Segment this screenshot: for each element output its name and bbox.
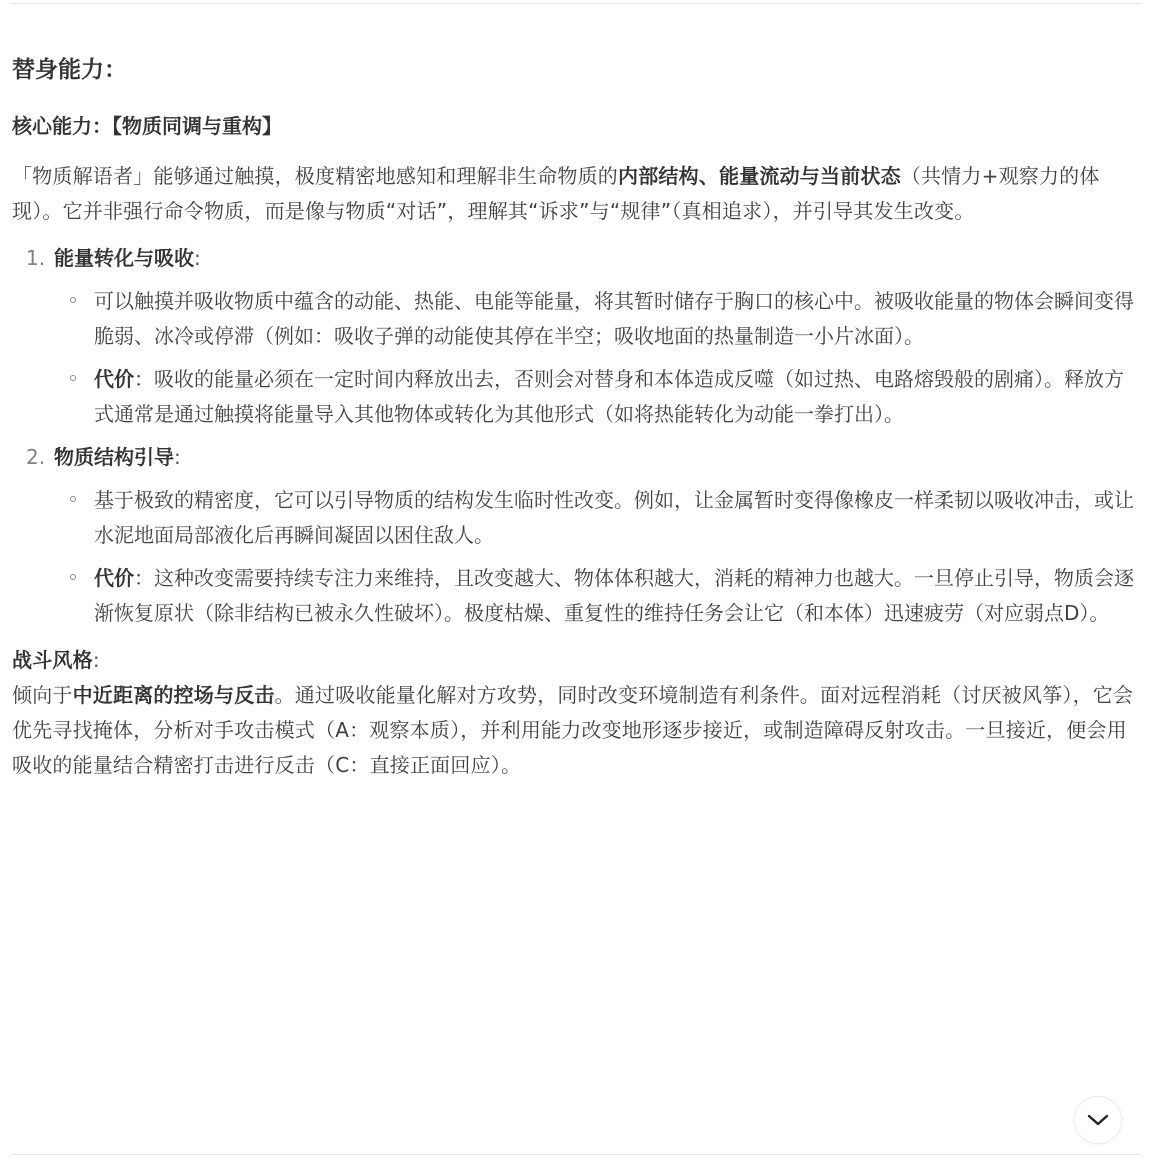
ability-points: 可以触摸并吸收物质中蕴含的动能、热能、电能等能量，将其暂时储存于胸口的核心中。被… xyxy=(54,284,1142,432)
circle-bullet-icon xyxy=(70,496,76,502)
ability-point: 可以触摸并吸收物质中蕴含的动能、热能、电能等能量，将其暂时储存于胸口的核心中。被… xyxy=(94,284,1142,354)
ability-cost-point: 代价：这种改变需要持续专注力来维持，且改变越大、物体体积越大，消耗的精神力也越大… xyxy=(94,561,1142,631)
intro-text-pre: 「物质解语者」能够通过触摸，极度精密地感知和理解非生命物质的 xyxy=(12,164,618,188)
ability-title: 能量转化与吸收: xyxy=(54,241,1142,276)
abilities-list: 1. 能量转化与吸收: 可以触摸并吸收物质中蕴含的动能、热能、电能等能量，将其暂… xyxy=(12,241,1142,631)
scroll-to-bottom-button[interactable] xyxy=(1074,1096,1122,1144)
bottom-divider xyxy=(12,1154,1140,1155)
message-content: 替身能力： 核心能力：【物质同调与重构】 「物质解语者」能够通过触摸，极度精密地… xyxy=(12,52,1142,783)
section-title: 替身能力： xyxy=(12,52,1142,89)
combat-style-body: 倾向于中近距离的控场与反击。通过吸收能量化解对方攻势，同时改变环境制造有利条件。… xyxy=(12,678,1142,783)
ability-point: 基于极致的精密度，它可以引导物质的结构发生临时性改变。例如，让金属暂时变得像橡皮… xyxy=(94,483,1142,553)
point-text: 可以触摸并吸收物质中蕴含的动能、热能、电能等能量，将其暂时储存于胸口的核心中。被… xyxy=(94,289,1134,348)
cost-label: 代价 xyxy=(94,566,134,590)
point-text: 基于极致的精密度，它可以引导物质的结构发生临时性改变。例如，让金属暂时变得像橡皮… xyxy=(94,488,1134,547)
ability-item-structure: 2. 物质结构引导: 基于极致的精密度，它可以引导物质的结构发生临时性改变。例如… xyxy=(12,440,1142,631)
combat-style-heading: 战斗风格: xyxy=(12,643,1142,678)
core-ability-intro: 「物质解语者」能够通过触摸，极度精密地感知和理解非生命物质的内部结构、能量流动与… xyxy=(12,159,1142,229)
combat-style-title: 战斗风格 xyxy=(12,648,93,672)
top-divider xyxy=(12,3,1140,4)
ability-title-colon: : xyxy=(174,445,181,469)
ability-cost-point: 代价：吸收的能量必须在一定时间内释放出去，否则会对替身和本体造成反噬（如过热、电… xyxy=(94,362,1142,432)
combat-style-pre: 倾向于 xyxy=(12,683,73,707)
ability-points: 基于极致的精密度，它可以引导物质的结构发生临时性改变。例如，让金属暂时变得像橡皮… xyxy=(54,483,1142,631)
list-number: 2. xyxy=(26,440,45,475)
point-text: ：吸收的能量必须在一定时间内释放出去，否则会对替身和本体造成反噬（如过热、电路熔… xyxy=(94,367,1124,426)
circle-bullet-icon xyxy=(70,297,76,303)
ability-title: 物质结构引导: xyxy=(54,440,1142,475)
list-number: 1. xyxy=(26,241,45,276)
intro-text-bold: 内部结构、能量流动与当前状态 xyxy=(618,164,901,188)
ability-title-text: 能量转化与吸收 xyxy=(54,246,194,270)
ability-item-energy: 1. 能量转化与吸收: 可以触摸并吸收物质中蕴含的动能、热能、电能等能量，将其暂… xyxy=(12,241,1142,432)
combat-style-bold: 中近距离的控场与反击 xyxy=(73,683,275,707)
point-text: ：这种改变需要持续专注力来维持，且改变越大、物体体积越大，消耗的精神力也越大。一… xyxy=(94,566,1134,625)
circle-bullet-icon xyxy=(70,375,76,381)
core-ability-heading: 核心能力：【物质同调与重构】 xyxy=(12,109,1142,143)
combat-style-colon: : xyxy=(93,648,100,672)
chevron-down-icon xyxy=(1087,1113,1109,1127)
ability-title-text: 物质结构引导 xyxy=(54,445,174,469)
cost-label: 代价 xyxy=(94,367,134,391)
ability-title-colon: : xyxy=(194,246,201,270)
circle-bullet-icon xyxy=(70,574,76,580)
